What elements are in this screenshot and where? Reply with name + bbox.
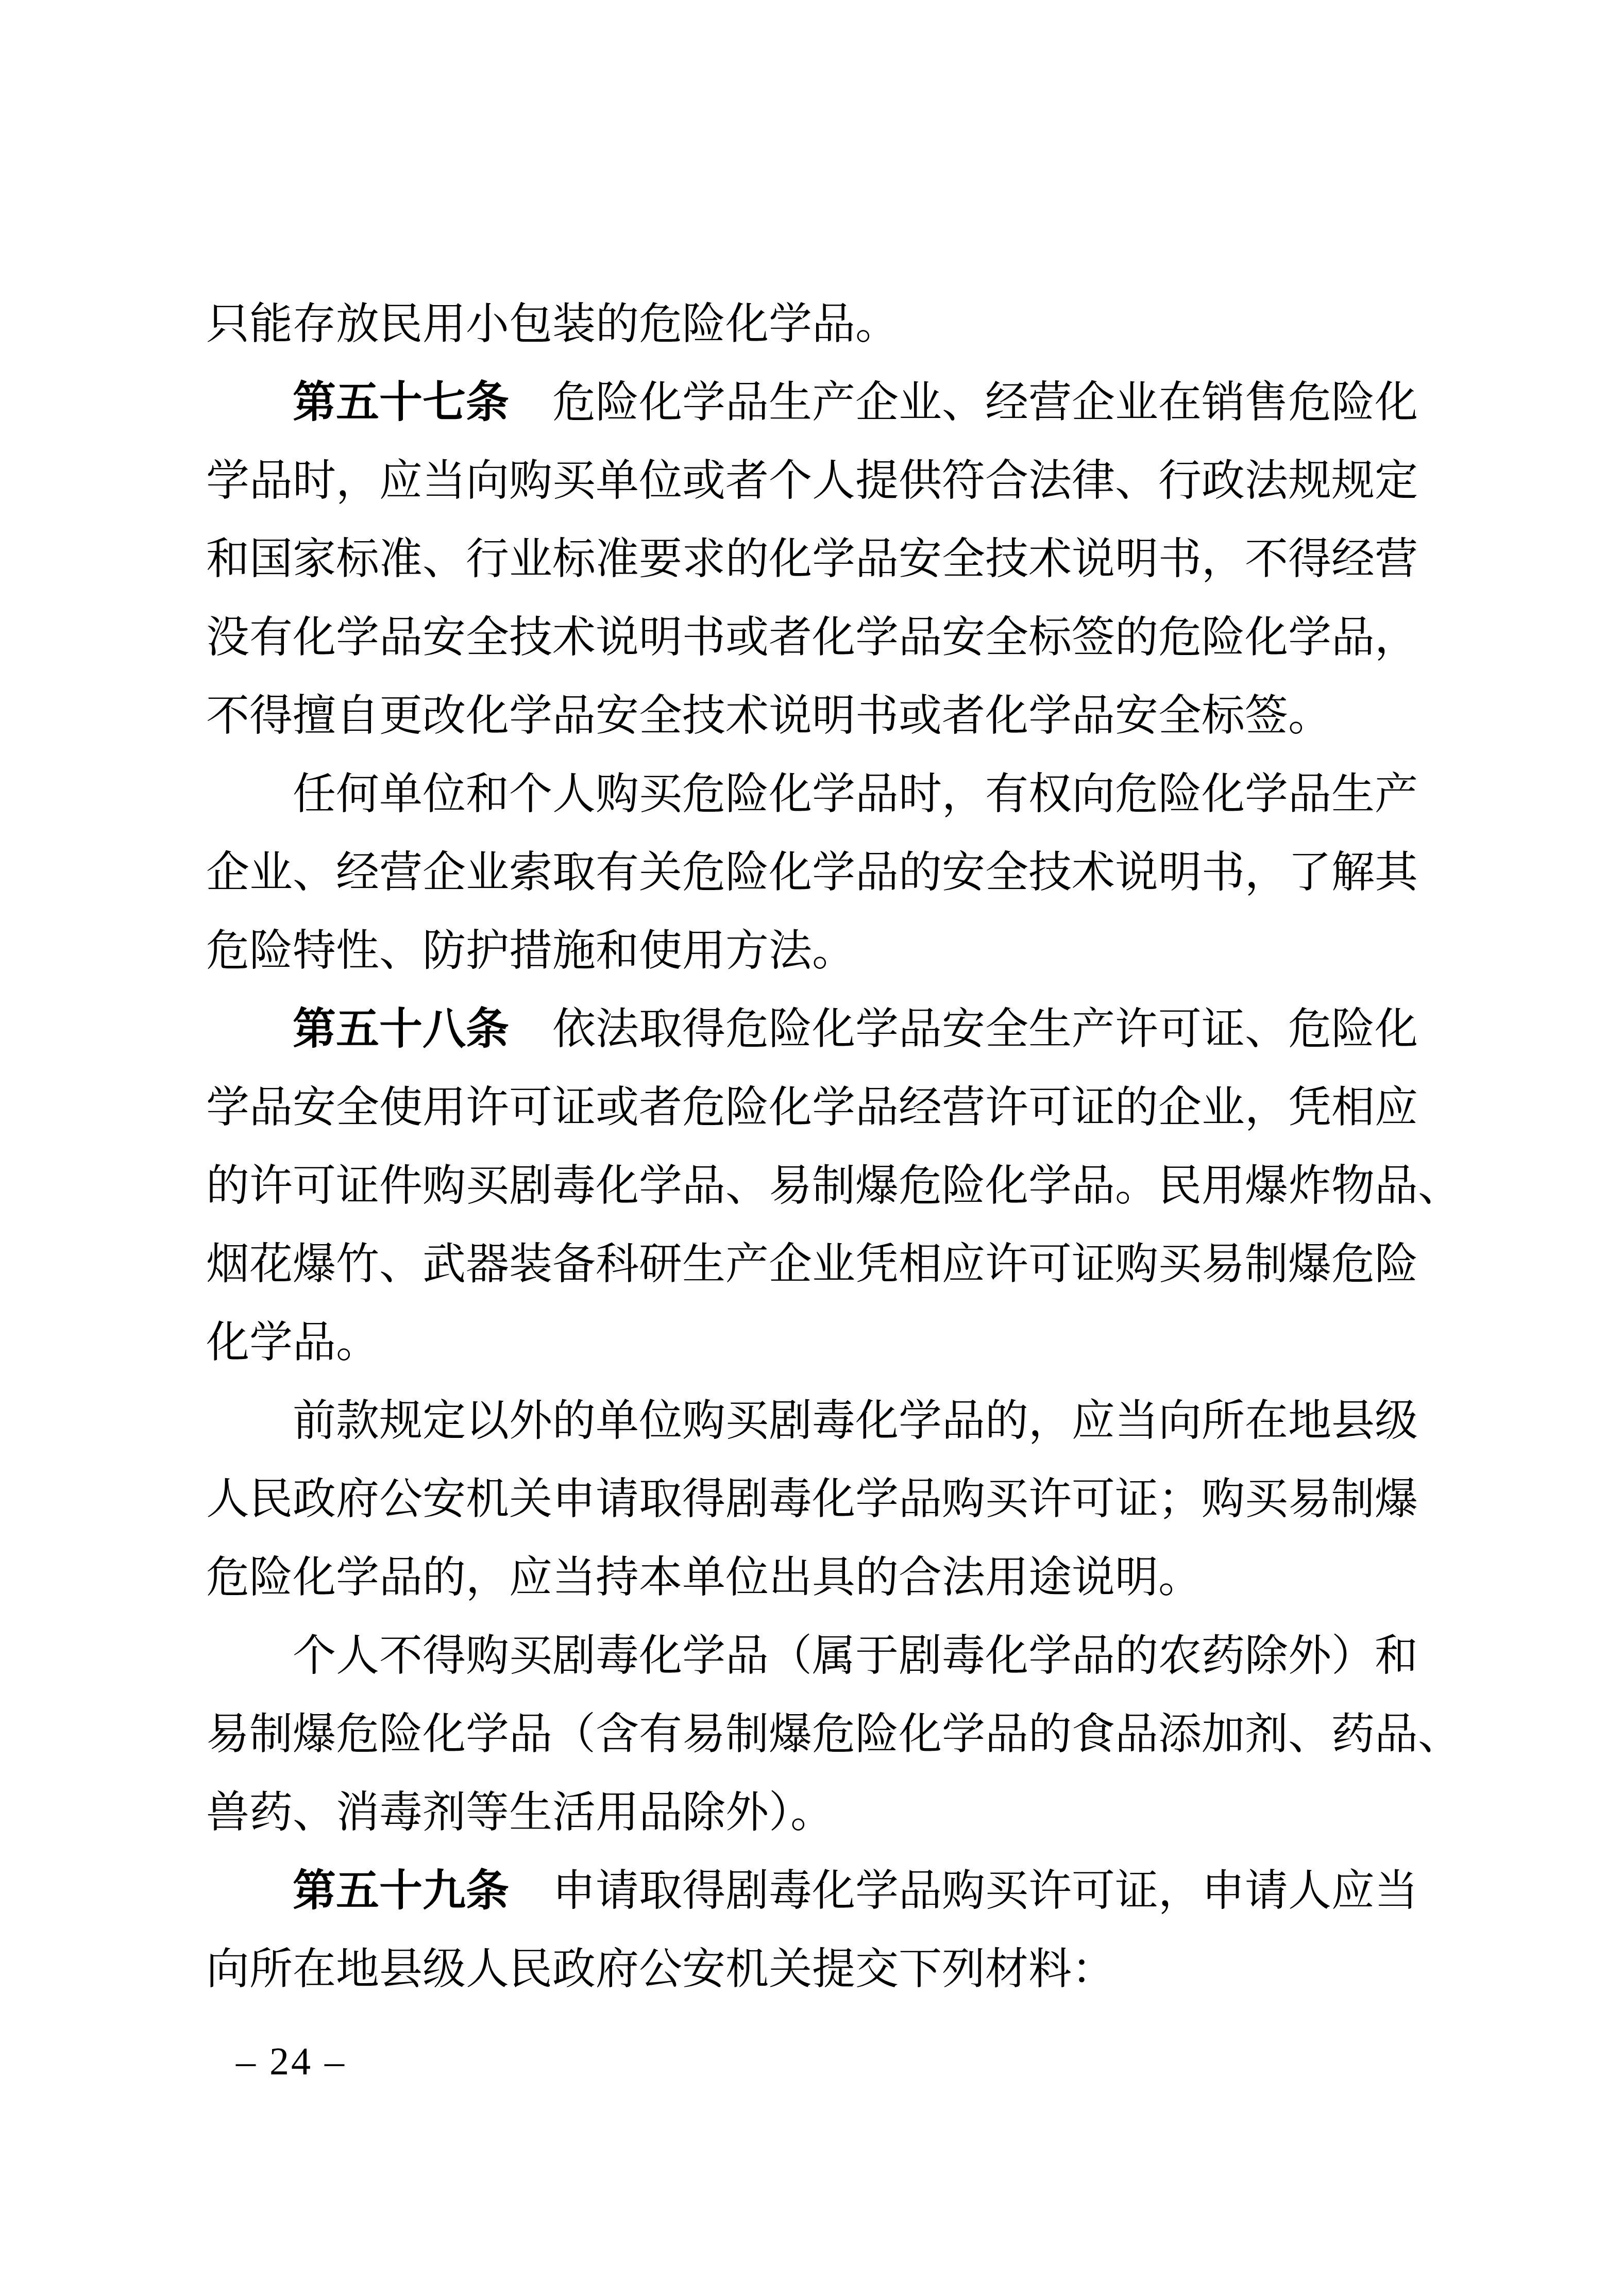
text-line: 个人不得购买剧毒化学品（属于剧毒化学品的农药除外）和 <box>206 1617 1417 1696</box>
line-text: 学品安全使用许可证或者危险化学品经营许可证的企业，凭相应 <box>206 1084 1418 1132</box>
line-text: 不得擅自更改化学品安全技术说明书或者化学品安全标签。 <box>206 692 1331 740</box>
line-text: 学品时，应当向购买单位或者个人提供符合法律、行政法规规定 <box>206 457 1418 505</box>
article-number: 第五十八条 <box>293 1005 509 1053</box>
line-text: 人民政府公安机关申请取得剧毒化学品购买许可证；购买易制爆 <box>206 1476 1418 1523</box>
text-line: 人民政府公安机关申请取得剧毒化学品购买许可证；购买易制爆 <box>206 1461 1417 1539</box>
line-text: 没有化学品安全技术说明书或者化学品安全标签的危险化学品， <box>206 614 1418 662</box>
line-text: 危险化学品的，应当持本单位出具的合法用途说明。 <box>206 1554 1202 1602</box>
line-text: 的许可证件购买剧毒化学品、易制爆危险化学品。民用爆炸物品、 <box>206 1162 1461 1210</box>
text-line: 第五十七条 危险化学品生产企业、经营企业在销售危险化 <box>206 364 1417 442</box>
line-text: 易制爆危险化学品（含有易制爆危险化学品的食品添加剂、药品、 <box>206 1711 1461 1758</box>
text-line: 任何单位和个人购买危险化学品时，有权向危险化学品生产 <box>206 756 1417 834</box>
text-line: 兽药、消毒剂等生活用品除外）。 <box>206 1774 1417 1852</box>
text-line: 没有化学品安全技术说明书或者化学品安全标签的危险化学品， <box>206 599 1417 677</box>
page-number: – 24 – <box>236 2036 346 2087</box>
line-text: 只能存放民用小包装的危险化学品。 <box>206 300 899 348</box>
text-line: 第五十八条 依法取得危险化学品安全生产许可证、危险化 <box>206 991 1417 1069</box>
text-line: 学品时，应当向购买单位或者个人提供符合法律、行政法规规定 <box>206 442 1417 521</box>
text-line: 的许可证件购买剧毒化学品、易制爆危险化学品。民用爆炸物品、 <box>206 1147 1417 1226</box>
line-text: 企业、经营企业索取有关危险化学品的安全技术说明书，了解其 <box>206 849 1418 897</box>
text-line: 企业、经营企业索取有关危险化学品的安全技术说明书，了解其 <box>206 834 1417 912</box>
line-text: 危险特性、防护措施和使用方法。 <box>206 927 855 975</box>
line-text: 化学品。 <box>206 1319 379 1367</box>
line-text: 依法取得危险化学品安全生产许可证、危险化 <box>509 1005 1418 1053</box>
line-text: 兽药、消毒剂等生活用品除外）。 <box>206 1789 834 1837</box>
text-line: 和国家标准、行业标准要求的化学品安全技术说明书，不得经营 <box>206 521 1417 599</box>
line-text: 危险化学品生产企业、经营企业在销售危险化 <box>509 379 1418 427</box>
text-line: 向所在地县级人民政府公安机关提交下列材料： <box>206 1931 1417 2009</box>
text-line: 学品安全使用许可证或者危险化学品经营许可证的企业，凭相应 <box>206 1069 1417 1147</box>
article-number: 第五十七条 <box>293 379 509 427</box>
text-line: 不得擅自更改化学品安全技术说明书或者化学品安全标签。 <box>206 677 1417 756</box>
text-line: 危险特性、防护措施和使用方法。 <box>206 912 1417 991</box>
line-text: 前款规定以外的单位购买剧毒化学品的，应当向所在地县级 <box>293 1397 1418 1445</box>
line-text: 向所在地县级人民政府公安机关提交下列材料： <box>206 1946 1115 1993</box>
line-text: 任何单位和个人购买危险化学品时，有权向危险化学品生产 <box>293 770 1418 818</box>
line-text: 个人不得购买剧毒化学品（属于剧毒化学品的农药除外）和 <box>293 1632 1418 1680</box>
text-line: 化学品。 <box>206 1304 1417 1382</box>
body-text: 只能存放民用小包装的危险化学品。 第五十七条 危险化学品生产企业、经营企业在销售… <box>206 286 1417 2009</box>
text-line: 危险化学品的，应当持本单位出具的合法用途说明。 <box>206 1539 1417 1617</box>
line-text: 申请取得剧毒化学品购买许可证，申请人应当 <box>509 1867 1418 1915</box>
text-line: 第五十九条 申请取得剧毒化学品购买许可证，申请人应当 <box>206 1852 1417 1931</box>
text-line: 烟花爆竹、武器装备科研生产企业凭相应许可证购买易制爆危险 <box>206 1226 1417 1304</box>
line-text: 烟花爆竹、武器装备科研生产企业凭相应许可证购买易制爆危险 <box>206 1241 1418 1288</box>
article-number: 第五十九条 <box>293 1867 509 1915</box>
text-line: 前款规定以外的单位购买剧毒化学品的，应当向所在地县级 <box>206 1382 1417 1461</box>
text-line: 易制爆危险化学品（含有易制爆危险化学品的食品添加剂、药品、 <box>206 1696 1417 1774</box>
document-page: 只能存放民用小包装的危险化学品。 第五十七条 危险化学品生产企业、经营企业在销售… <box>0 0 1623 2296</box>
line-text: 和国家标准、行业标准要求的化学品安全技术说明书，不得经营 <box>206 535 1418 583</box>
text-line: 只能存放民用小包装的危险化学品。 <box>206 286 1417 364</box>
